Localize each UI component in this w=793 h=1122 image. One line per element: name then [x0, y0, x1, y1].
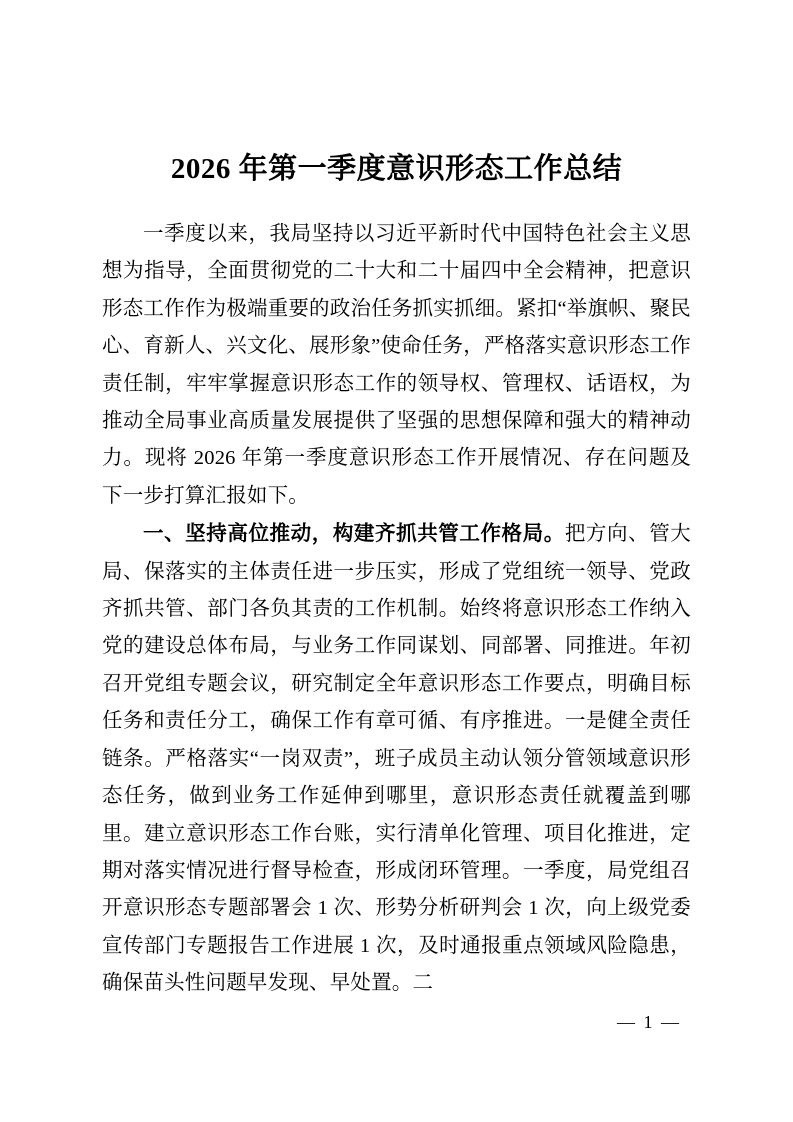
paragraph-intro-text: 一季度以来，我局坚持以习近平新时代中国特色社会主义思想为指导，全面贯彻党的二十大…	[102, 223, 691, 507]
document-body: 一季度以来，我局坚持以习近平新时代中国特色社会主义思想为指导，全面贯彻党的二十大…	[102, 216, 691, 1003]
page-number: — 1 —	[617, 1011, 681, 1033]
section-1-body-text: 把方向、管大局、保落实的主体责任进一步压实，形成了党组统一领导、党政齐抓共管、部…	[102, 523, 691, 994]
paragraph-intro: 一季度以来，我局坚持以习近平新时代中国特色社会主义思想为指导，全面贯彻党的二十大…	[102, 216, 691, 515]
document-title: 2026 年第一季度意识形态工作总结	[40, 148, 753, 190]
document-page: 2026 年第一季度意识形态工作总结 一季度以来，我局坚持以习近平新时代中国特色…	[0, 0, 793, 1122]
section-1-heading-run: 一、坚持高位推动，构建齐抓共管工作格局。	[143, 522, 565, 545]
paragraph-section-1: 一、坚持高位推动，构建齐抓共管工作格局。把方向、管大局、保落实的主体责任进一步压…	[102, 515, 691, 1002]
